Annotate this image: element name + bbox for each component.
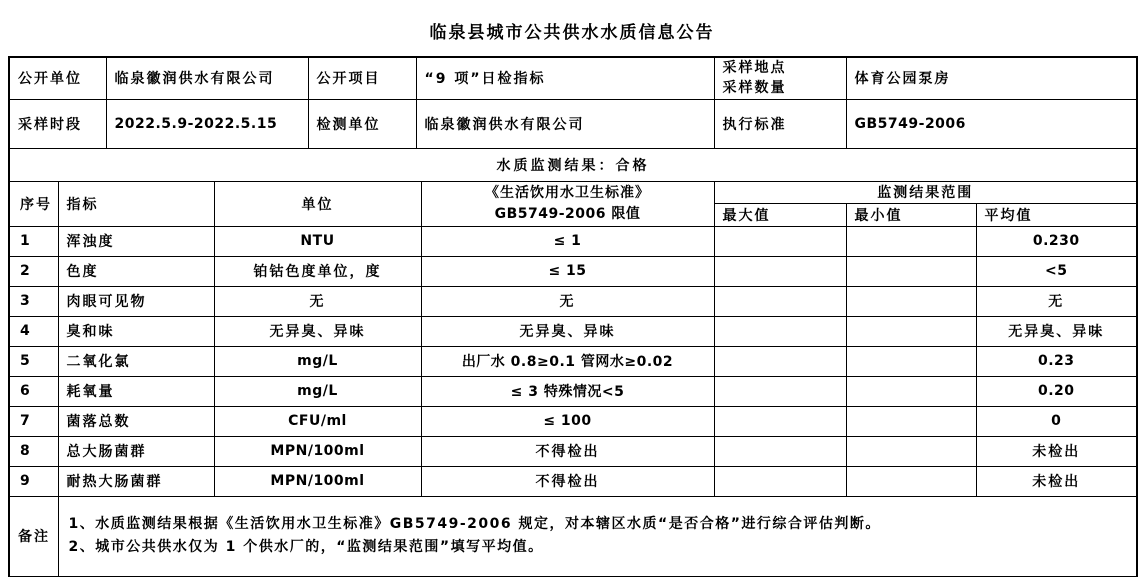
table-row: 1 浑浊度 NTU ≤ 1 0.230	[9, 226, 1137, 256]
cell-avg: 0.23	[976, 346, 1137, 376]
cell-no: 7	[9, 406, 58, 436]
cell-no: 5	[9, 346, 58, 376]
notes-row: 备注 1、水质监测结果根据《生活饮用水卫生标准》GB5749-2006 规定，对…	[9, 496, 1137, 577]
cell-indicator: 总大肠菌群	[58, 436, 214, 466]
cell-unit: MPN/100ml	[214, 466, 421, 496]
result-banner: 水质监测结果：合格	[9, 148, 1137, 181]
water-quality-table: 公开单位 临泉徽润供水有限公司 公开项目 “9 项”日检指标 采样地点 采样数量…	[8, 56, 1138, 577]
cell-min	[846, 346, 976, 376]
cell-limit: 不得检出	[421, 436, 714, 466]
cell-no: 9	[9, 466, 58, 496]
table-row: 3 肉眼可见物 无 无 无	[9, 286, 1137, 316]
header-max: 最大值	[714, 203, 846, 226]
cell-avg: 0	[976, 406, 1137, 436]
cell-indicator: 二氧化氯	[58, 346, 214, 376]
standard-value: GB5749-2006	[846, 99, 1137, 148]
header-limit: 《生活饮用水卫生标准》 GB5749-2006 限值	[421, 181, 714, 226]
cell-max	[714, 376, 846, 406]
cell-avg: 0.20	[976, 376, 1137, 406]
table-row: 8 总大肠菌群 MPN/100ml 不得检出 未检出	[9, 436, 1137, 466]
cell-max	[714, 286, 846, 316]
cell-indicator: 色度	[58, 256, 214, 286]
note-item-1: 1、水质监测结果根据《生活饮用水卫生标准》GB5749-2006 规定，对本辖区…	[69, 513, 1054, 536]
cell-max	[714, 226, 846, 256]
cell-no: 2	[9, 256, 58, 286]
cell-no: 3	[9, 286, 58, 316]
table-row: 2 色度 铂钴色度单位，度 ≤ 15 <5	[9, 256, 1137, 286]
table-row: 5 二氧化氯 mg/L 出厂水 0.8≥0.1 管网水≥0.02 0.23	[9, 346, 1137, 376]
sampling-count-label: 采样数量	[723, 78, 838, 98]
cell-avg: 无异臭、异味	[976, 316, 1137, 346]
cell-limit: 无异臭、异味	[421, 316, 714, 346]
table-row: 6 耗氧量 mg/L ≤ 3 特殊情况<5 0.20	[9, 376, 1137, 406]
header-range: 监测结果范围	[714, 181, 1137, 203]
cell-unit: mg/L	[214, 376, 421, 406]
standard-label: 执行标准	[714, 99, 846, 148]
cell-no: 1	[9, 226, 58, 256]
cell-unit: mg/L	[214, 346, 421, 376]
note-item-2: 2、城市公共供水仅为 1 个供水厂的，“监测结果范围”填写平均值。	[69, 536, 1054, 559]
cell-limit: 无	[421, 286, 714, 316]
cell-max	[714, 316, 846, 346]
cell-indicator: 浑浊度	[58, 226, 214, 256]
open-item-label: 公开项目	[308, 57, 416, 99]
cell-max	[714, 256, 846, 286]
cell-no: 6	[9, 376, 58, 406]
cell-limit: ≤ 3 特殊情况<5	[421, 376, 714, 406]
sampling-label: 采样地点 采样数量	[714, 57, 846, 99]
header-limit-line2: GB5749-2006 限值	[430, 204, 706, 225]
cell-indicator: 耗氧量	[58, 376, 214, 406]
result-banner-row: 水质监测结果：合格	[9, 148, 1137, 181]
sampling-site-label: 采样地点	[723, 58, 838, 78]
cell-unit: CFU/ml	[214, 406, 421, 436]
cell-min	[846, 406, 976, 436]
cell-min	[846, 286, 976, 316]
header-limit-line1: 《生活饮用水卫生标准》	[430, 183, 706, 204]
cell-no: 8	[9, 436, 58, 466]
cell-max	[714, 436, 846, 466]
test-unit-label: 检测单位	[308, 99, 416, 148]
cell-min	[846, 376, 976, 406]
open-unit-label: 公开单位	[9, 57, 106, 99]
cell-unit: MPN/100ml	[214, 436, 421, 466]
cell-avg: 未检出	[976, 466, 1137, 496]
cell-unit: NTU	[214, 226, 421, 256]
header-row-1: 序号 指标 单位 《生活饮用水卫生标准》 GB5749-2006 限值 监测结果…	[9, 181, 1137, 203]
cell-max	[714, 406, 846, 436]
cell-min	[846, 436, 976, 466]
cell-indicator: 肉眼可见物	[58, 286, 214, 316]
cell-avg: 未检出	[976, 436, 1137, 466]
header-no: 序号	[9, 181, 58, 226]
cell-avg: <5	[976, 256, 1137, 286]
header-unit: 单位	[214, 181, 421, 226]
cell-limit: 不得检出	[421, 466, 714, 496]
cell-indicator: 臭和味	[58, 316, 214, 346]
cell-avg: 0.230	[976, 226, 1137, 256]
cell-limit: ≤ 1	[421, 226, 714, 256]
cell-min	[846, 466, 976, 496]
cell-indicator: 耐热大肠菌群	[58, 466, 214, 496]
cell-avg: 无	[976, 286, 1137, 316]
notes-content: 1、水质监测结果根据《生活饮用水卫生标准》GB5749-2006 规定，对本辖区…	[58, 496, 1137, 577]
table-row: 9 耐热大肠菌群 MPN/100ml 不得检出 未检出	[9, 466, 1137, 496]
info-row-2: 采样时段 2022.5.9-2022.5.15 检测单位 临泉徽润供水有限公司 …	[9, 99, 1137, 148]
cell-unit: 无异臭、异味	[214, 316, 421, 346]
open-unit-value: 临泉徽润供水有限公司	[106, 57, 308, 99]
notes-label: 备注	[9, 496, 58, 577]
header-indicator: 指标	[58, 181, 214, 226]
open-item-value: “9 项”日检指标	[416, 57, 714, 99]
cell-limit: ≤ 100	[421, 406, 714, 436]
cell-limit: 出厂水 0.8≥0.1 管网水≥0.02	[421, 346, 714, 376]
sampling-value: 体育公园泵房	[846, 57, 1137, 99]
cell-no: 4	[9, 316, 58, 346]
cell-max	[714, 466, 846, 496]
header-avg: 平均值	[976, 203, 1137, 226]
cell-min	[846, 256, 976, 286]
table-row: 4 臭和味 无异臭、异味 无异臭、异味 无异臭、异味	[9, 316, 1137, 346]
table-row: 7 菌落总数 CFU/ml ≤ 100 0	[9, 406, 1137, 436]
cell-indicator: 菌落总数	[58, 406, 214, 436]
cell-unit: 铂钴色度单位，度	[214, 256, 421, 286]
header-min: 最小值	[846, 203, 976, 226]
cell-min	[846, 226, 976, 256]
cell-min	[846, 316, 976, 346]
cell-limit: ≤ 15	[421, 256, 714, 286]
period-label: 采样时段	[9, 99, 106, 148]
page-title: 临泉县城市公共供水水质信息公告	[0, 18, 1144, 43]
period-value: 2022.5.9-2022.5.15	[106, 99, 308, 148]
info-row-1: 公开单位 临泉徽润供水有限公司 公开项目 “9 项”日检指标 采样地点 采样数量…	[9, 57, 1137, 99]
cell-unit: 无	[214, 286, 421, 316]
cell-max	[714, 346, 846, 376]
test-unit-value: 临泉徽润供水有限公司	[416, 99, 714, 148]
